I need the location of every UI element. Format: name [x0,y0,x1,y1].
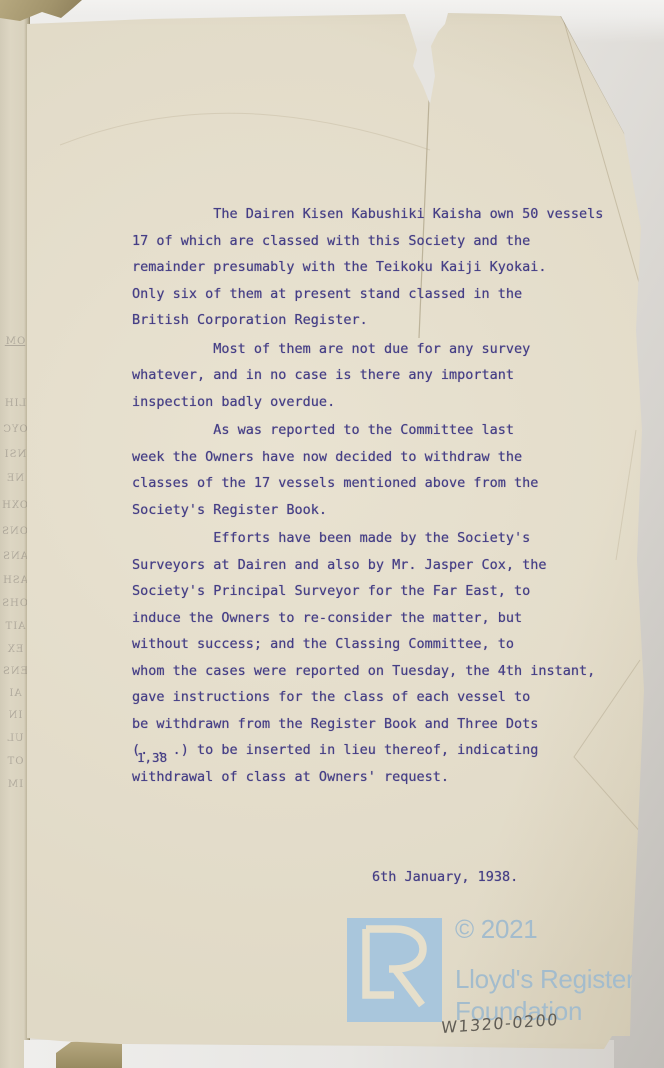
interline-annotation: 1,38 [137,750,167,765]
typed-line: Society's Register Book. [132,497,603,524]
showthrough-text-fragment: IM [2,779,28,790]
showthrough-text-fragment: ASH [2,575,28,586]
scan-viewport: OMLIHOYCNSINEOXHONSANSASHOHSAITEXENSAIIN… [0,0,664,1068]
typed-line: gave instructions for the class of each … [132,684,603,711]
date-line: 6th January, 1938. [372,869,518,885]
showthrough-text-fragment: EX [2,644,28,655]
lloyds-register-logo [347,918,442,1022]
typed-line: inspection badly overdue. [132,389,603,416]
showthrough-text-fragment: AI [2,688,28,699]
typed-line: 17 of which are classed with this Societ… [132,228,603,255]
showthrough-text-fragment: AIT [2,621,28,632]
showthrough-text-fragment: LIH [2,398,28,409]
showthrough-text-fragment: OT [2,756,28,767]
showthrough-text-fragment: OXH [2,500,28,511]
typed-line: The Dairen Kisen Kabushiki Kaisha own 50… [132,201,603,228]
showthrough-text-fragment: NSI [2,449,28,460]
showthrough-text-fragment: NE [2,473,28,484]
showthrough-text-fragment: OM [2,336,28,347]
showthrough-text-fragment: ANS [2,551,28,562]
document-page: The Dairen Kisen Kabushiki Kaisha own 50… [0,0,664,1068]
typed-line: Surveyors at Dairen and also by Mr. Jasp… [132,552,603,579]
typed-text-block: The Dairen Kisen Kabushiki Kaisha own 50… [132,201,603,790]
typed-line: British Corporation Register. [132,307,603,334]
typed-line: Society's Principal Surveyor for the Far… [132,578,603,605]
typed-line: Efforts have been made by the Society's [132,525,603,552]
paragraph: The Dairen Kisen Kabushiki Kaisha own 50… [132,201,603,334]
watermark-name-line1: Lloyd's Register [455,964,634,995]
typed-line: As was reported to the Committee last [132,417,603,444]
typed-line: withdrawal of class at Owners' request. [132,764,603,791]
showthrough-text-fragment: ONS [2,526,28,537]
paragraph: Efforts have been made by the Society'sS… [132,525,603,790]
typed-line: classes of the 17 vessels mentioned abov… [132,470,603,497]
typed-line: whom the cases were reported on Tuesday,… [132,658,603,685]
showthrough-text-fragment: IN [2,710,28,721]
typed-line: be withdrawn from the Register Book and … [132,711,603,738]
paragraph: As was reported to the Committee lastwee… [132,417,603,523]
typed-line: (. . .) to be inserted in lieu thereof, … [132,737,603,764]
underlying-page-edge: OMLIHOYCNSINEOXHONSANSASHOHSAITEXENSAIIN… [0,0,30,1068]
typed-line: week the Owners have now decided to with… [132,444,603,471]
watermark-copyright: © 2021 [455,914,537,945]
typed-line: induce the Owners to re-consider the mat… [132,605,603,632]
typed-line: remainder presumably with the Teikoku Ka… [132,254,603,281]
typed-line: Only six of them at present stand classe… [132,281,603,308]
showthrough-text-fragment: OYC [2,424,28,435]
showthrough-text-fragment: OHS [2,598,28,609]
typed-line: without success; and the Classing Commit… [132,631,603,658]
paragraph: Most of them are not due for any surveyw… [132,336,603,416]
typed-line: Most of them are not due for any survey [132,336,603,363]
typed-line: whatever, and in no case is there any im… [132,362,603,389]
showthrough-text-fragment: ENS [2,666,28,677]
showthrough-text-fragment: UL [2,733,28,744]
